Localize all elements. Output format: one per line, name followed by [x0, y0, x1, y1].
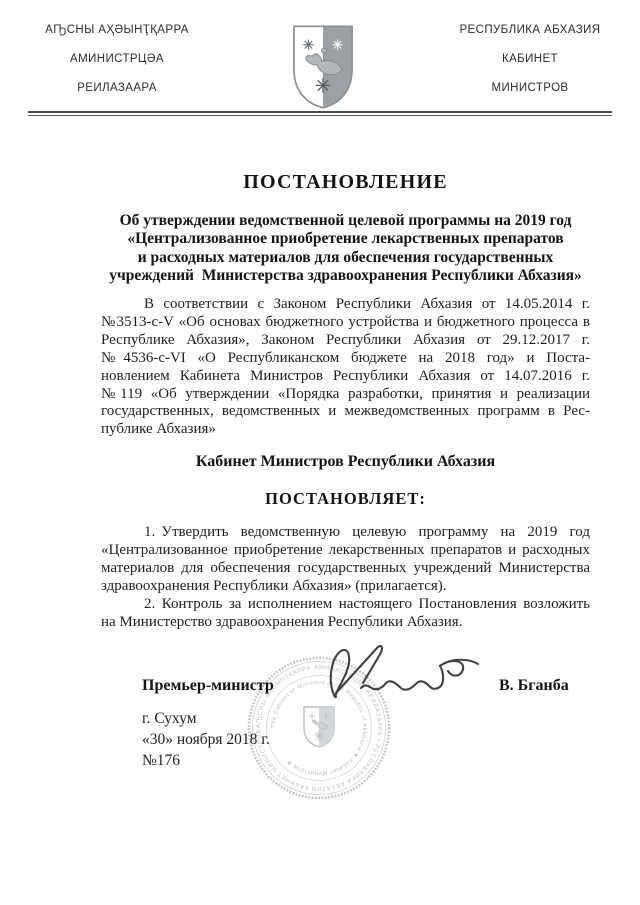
decree-subject: Об утверждении ведомственной целевой про…	[101, 212, 590, 286]
text-line: государственных, ведомственных и межведо…	[101, 403, 590, 421]
header-abkhaz-authority: АҦСНЫ АҲӘЫНҬҚАРРААМИНИСТРЦӘАРЕИЛАЗААРА	[31, 24, 203, 111]
text-line: «Централизованное приобретение лекарстве…	[101, 542, 590, 560]
text-line: 1. Утвердить ведомственную целевую прогр…	[101, 524, 590, 542]
coat-of-arms-icon	[292, 24, 354, 110]
decree-item-2: 2. Контроль за исполнением настоящего По…	[101, 596, 590, 632]
header-republic-abkhazia: РЕСПУБЛИКА АБХАЗИЯКАБИНЕТМИНИСТРОВ	[448, 24, 612, 111]
text-line: учреждений Министерства здравоохранения …	[101, 267, 590, 285]
text-line: АМИНИСТРЦӘА	[31, 53, 203, 65]
text-line: материалов для обеспечения государственн…	[101, 560, 590, 578]
text-line: КАБИНЕТ	[448, 53, 612, 65]
header-rule	[28, 111, 612, 116]
signature-place: г. Сухум	[142, 710, 197, 728]
star-icon	[316, 79, 330, 93]
text-line: РЕИЛАЗААРА	[31, 82, 203, 94]
decree-item-1: 1. Утвердить ведомственную целевую прогр…	[101, 524, 590, 596]
text-line: новлением Кабинета Министров Республики …	[101, 368, 590, 386]
text-line: РЕСПУБЛИКА АБХАЗИЯ	[448, 24, 612, 36]
text-line: 2. Контроль за исполнением настоящего По…	[101, 596, 590, 614]
seal-center-arms-icon	[304, 707, 334, 747]
text-line: №4536-с-VI «О Республиканском бюджете на…	[101, 350, 590, 368]
text-line: публике Абхазия»	[101, 421, 590, 439]
signer-role: Премьер-министр	[142, 677, 274, 695]
text-line: на Министерство здравоохранения Республи…	[101, 614, 590, 632]
text-line: «Централизованное приобретение лекарстве…	[101, 230, 590, 248]
page-title: ПОСТАНОВЛЕНИЕ	[101, 171, 590, 194]
star-icon	[304, 40, 314, 50]
resolving-body: Кабинет Министров Республики Абхазия	[101, 453, 590, 471]
signature-ink-icon	[323, 641, 483, 705]
text-line: Об утверждении ведомственной целевой про…	[101, 212, 590, 230]
preamble-paragraph: В соответствии с Законом Республики Абха…	[101, 296, 590, 439]
decree-number: №176	[142, 752, 180, 770]
text-line: и расходных материалов для обеспечения г…	[101, 249, 590, 267]
decree-verb: ПОСТАНОВЛЯЕТ:	[101, 489, 590, 509]
text-line: №3513-с-V «Об основах бюджетного устройс…	[101, 314, 590, 332]
text-line: здравоохранения Республики Абхазия» (при…	[101, 578, 590, 596]
signature-date: «30» ноября 2018 г.	[142, 731, 270, 749]
star-icon	[333, 40, 343, 50]
text-line: №119 «Об утверждении «Порядка разработки…	[101, 386, 590, 404]
scanned-decree-page: { "header": { "left_lines": ["АҦСНЫ АҲӘЫ…	[0, 0, 640, 905]
text-line: АҦСНЫ АҲӘЫНҬҚАРРА	[31, 24, 203, 36]
text-line: МИНИСТРОВ	[448, 82, 612, 94]
text-line: Республике Абхазия», Законом Республики …	[101, 332, 590, 350]
text-line: В соответствии с Законом Республики Абха…	[101, 296, 590, 314]
signer-name: В. Бганба	[499, 677, 569, 695]
